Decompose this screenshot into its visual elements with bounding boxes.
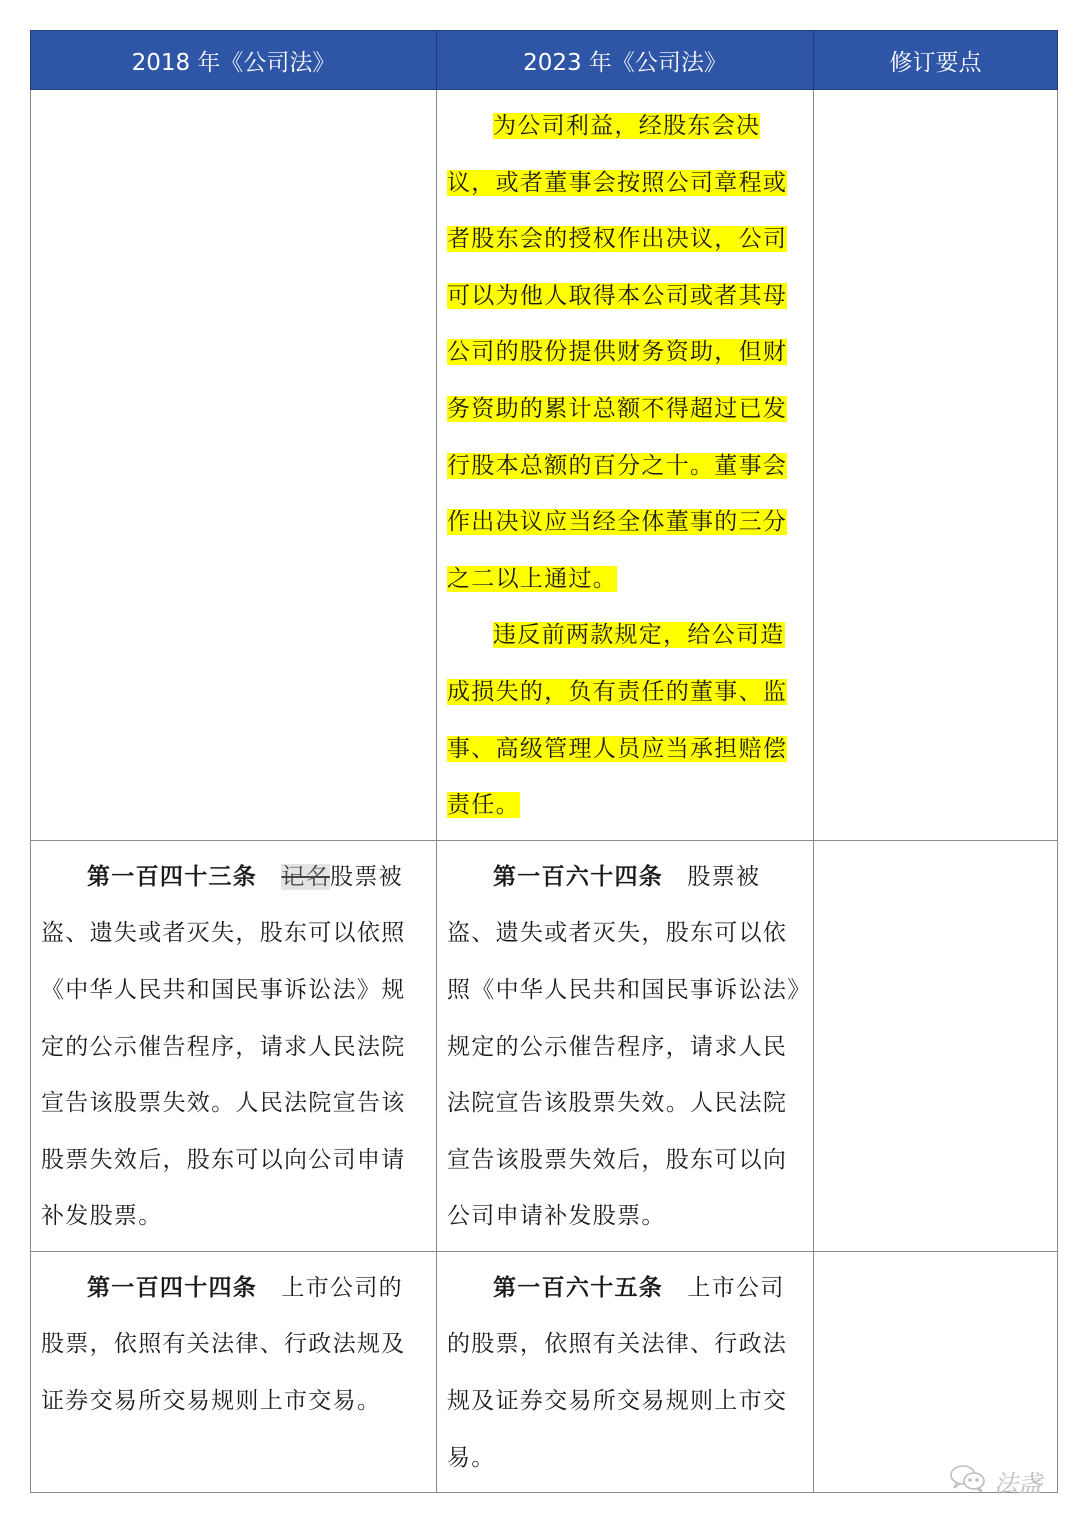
cell-notes xyxy=(814,1251,1058,1492)
highlighted-text: 为公司利益，经股东会决议，或者董事会按照公司章程或者股东会的授权作出决议，公司可… xyxy=(447,113,787,592)
cell-2018-empty xyxy=(31,90,437,841)
highlighted-text: 违反前两款规定，给公司造成损失的，负有责任的董事、监事、高级管理人员应当承担赔偿… xyxy=(447,622,787,818)
article-number: 第一百六十五条 xyxy=(493,1274,663,1301)
cell-2023-article: 第一百六十五条 上市公司的股票，依照有关法律、行政法规及证券交易所交易规则上市交… xyxy=(437,1251,814,1492)
wechat-icon xyxy=(948,1462,988,1500)
cell-2018-article: 第一百四十三条 记名股票被盗、遗失或者灭失，股东可以依照《中华人民共和国民事诉讼… xyxy=(31,840,437,1251)
watermark-text: 法盏 xyxy=(994,1464,1042,1499)
table-row: 第一百四十四条 上市公司的股票，依照有关法律、行政法规及证券交易所交易规则上市交… xyxy=(31,1251,1058,1492)
header-2018: 2018 年《公司法》 xyxy=(31,31,437,90)
header-2023: 2023 年《公司法》 xyxy=(437,31,814,90)
cell-notes xyxy=(814,90,1058,841)
table-row: 第一百四十三条 记名股票被盗、遗失或者灭失，股东可以依照《中华人民共和国民事诉讼… xyxy=(31,840,1058,1251)
watermark: 法盏 xyxy=(948,1462,1042,1500)
article-text: 股票被盗、遗失或者灭失，股东可以依照《中华人民共和国民事诉讼法》规定的公示催告程… xyxy=(41,864,406,1230)
cell-2023-highlighted: 为公司利益，经股东会决议，或者董事会按照公司章程或者股东会的授权作出决议，公司可… xyxy=(437,90,814,841)
table-header-row: 2018 年《公司法》 2023 年《公司法》 修订要点 xyxy=(31,31,1058,90)
header-revision-notes: 修订要点 xyxy=(814,31,1058,90)
cell-2023-article: 第一百六十四条 股票被盗、遗失或者灭失，股东可以依照《中华人民共和国民事诉讼法》… xyxy=(437,840,814,1251)
law-comparison-table: 2018 年《公司法》 2023 年《公司法》 修订要点 为公司利益，经股东会决… xyxy=(30,30,1058,1493)
article-number: 第一百四十四条 xyxy=(87,1274,257,1301)
article-text: 上市公司的股票，依照有关法律、行政法规及证券交易所交易规则上市交易。 xyxy=(447,1275,787,1471)
article-number: 第一百六十四条 xyxy=(493,863,663,890)
table-row: 为公司利益，经股东会决议，或者董事会按照公司章程或者股东会的授权作出决议，公司可… xyxy=(31,90,1058,841)
cell-2018-article: 第一百四十四条 上市公司的股票，依照有关法律、行政法规及证券交易所交易规则上市交… xyxy=(31,1251,437,1492)
cell-notes xyxy=(814,840,1058,1251)
deleted-text: 记名 xyxy=(281,864,330,890)
paragraph: 为公司利益，经股东会决议，或者董事会按照公司章程或者股东会的授权作出决议，公司可… xyxy=(447,98,803,607)
article-number: 第一百四十三条 xyxy=(87,863,257,890)
article-text: 股票被盗、遗失或者灭失，股东可以依照《中华人民共和国民事诉讼法》规定的公示催告程… xyxy=(447,864,800,1230)
paragraph: 违反前两款规定，给公司造成损失的，负有责任的董事、监事、高级管理人员应当承担赔偿… xyxy=(447,607,803,833)
